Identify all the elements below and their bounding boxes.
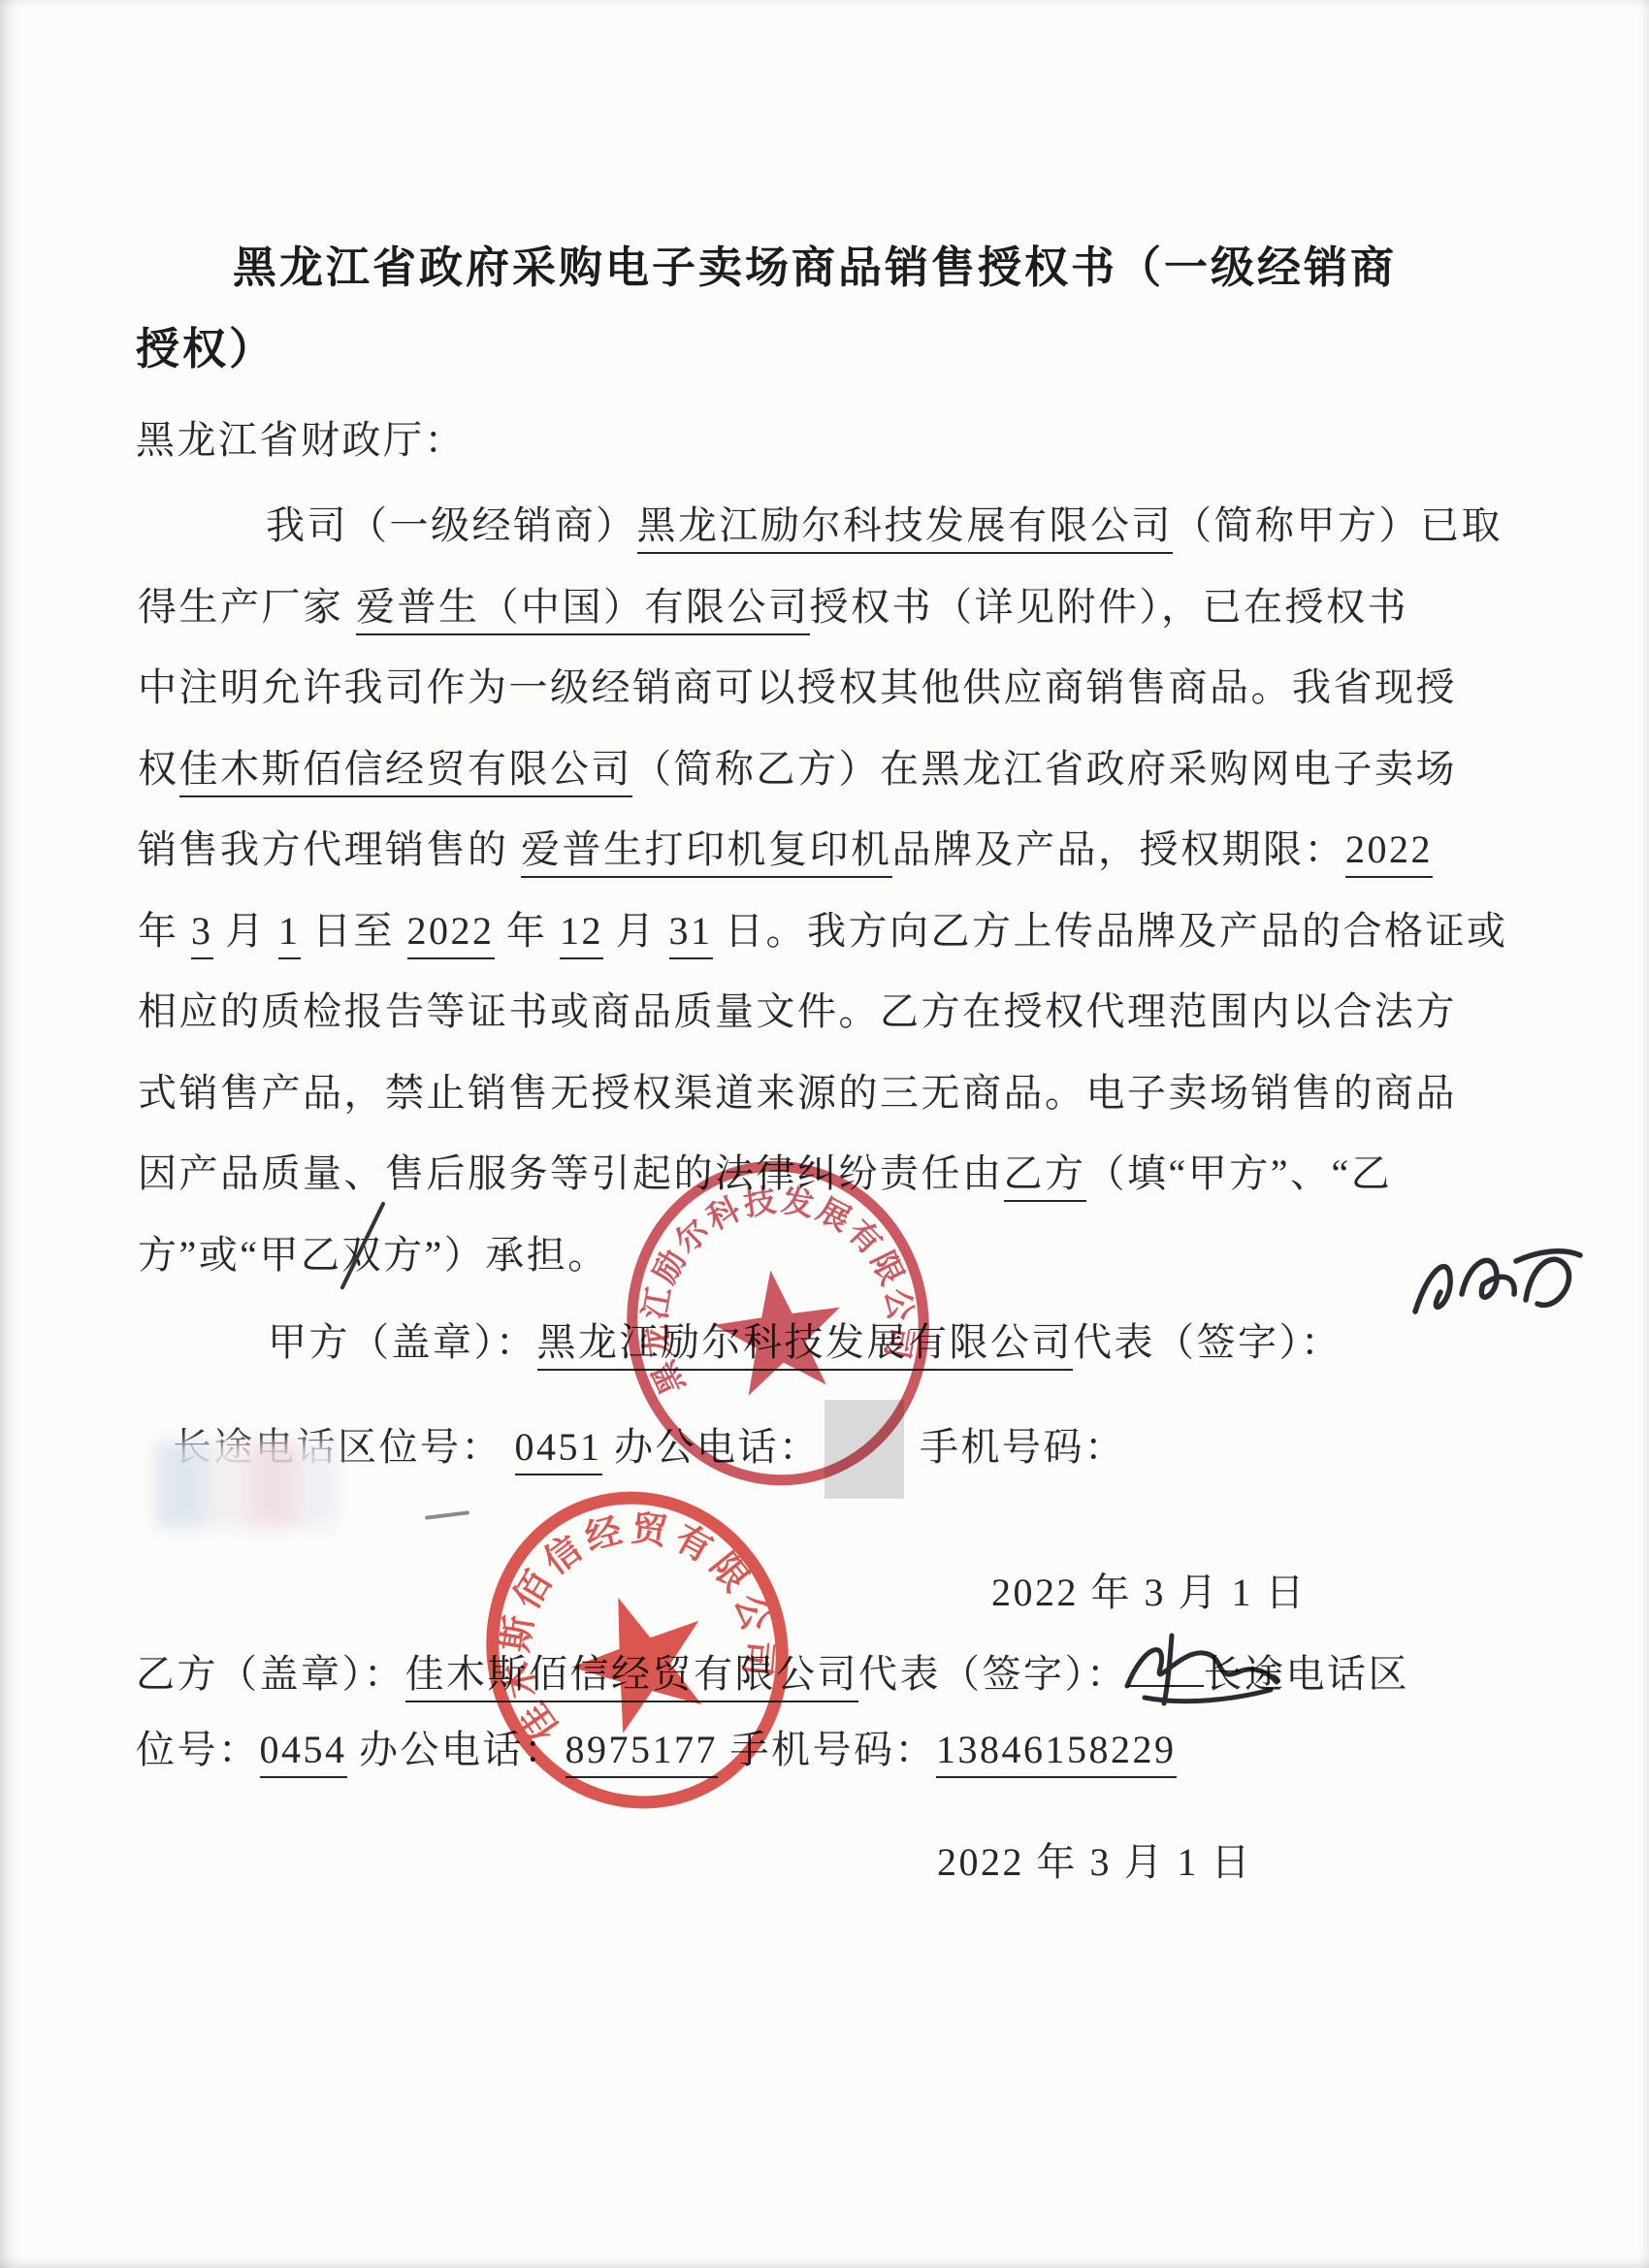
company-seal-party-a: 黑龙江励尔科技发展有限公司 xyxy=(609,1149,947,1496)
document-title-line2: 授权） xyxy=(136,326,275,373)
text-segment: 相应的质检报告等证书或商品质量文件。乙方在授权代理范围内以合法方 xyxy=(138,989,1457,1033)
underlined-text: 黑龙江励尔科技发展有限公司 xyxy=(637,503,1174,554)
text-segment: 月 xyxy=(213,909,279,953)
text-segment: 我司（一级经销商） xyxy=(266,503,637,547)
body-line: 方”或“甲乙双方”）承担。 xyxy=(138,1232,609,1279)
text-segment: （简称乙方）在黑龙江省政府采购网电子卖场 xyxy=(632,747,1457,791)
text-segment: 乙方（盖章）： xyxy=(136,1652,405,1696)
text-segment: 代表（签字）： xyxy=(858,1652,1128,1696)
underlined-text: 0451 xyxy=(515,1425,602,1475)
text-segment: 中注明允许我司作为一级经销商可以授权其他供应商销售商品。我省现授 xyxy=(138,665,1457,709)
text-segment: 权 xyxy=(138,747,179,791)
salutation: 黑龙江省财政厅： xyxy=(136,417,466,464)
underlined-text: 佳木斯佰信经贸有限公司 xyxy=(179,747,633,797)
text-segment: 月 xyxy=(603,909,669,953)
text-segment: 得生产厂家 xyxy=(138,585,356,629)
text-segment: 位号： xyxy=(136,1728,260,1771)
text-segment: 方”或“甲乙 xyxy=(138,1233,342,1277)
star-icon xyxy=(555,1574,727,1742)
underlined-text: 乙方 xyxy=(1004,1151,1086,1202)
signature-party-a xyxy=(1402,1234,1591,1339)
underlined-text: 12 xyxy=(560,909,603,959)
text-segment: 甲方（盖章）： xyxy=(268,1320,537,1364)
text-segment: 销售我方代理销售的 xyxy=(138,827,521,871)
underlined-text: 31 xyxy=(669,909,713,959)
text-segment: 品牌及产品，授权期限： xyxy=(892,827,1346,871)
text-segment: 年 xyxy=(138,909,191,953)
text-segment: 年 xyxy=(495,909,561,953)
scanned-document-page: 黑龙江省政府采购电子卖场商品销售授权书（一级经销商 授权） 黑龙江省财政厅： 我… xyxy=(0,0,1649,2268)
text-segment: 日。我方向乙方上传品牌及产品的合格证或 xyxy=(713,909,1508,953)
text-segment: （填“甲方”、“乙 xyxy=(1086,1151,1393,1195)
body-line: 中注明允许我司作为一级经销商可以授权其他供应商销售商品。我省现授 xyxy=(138,664,1457,711)
text-segment: 日至 xyxy=(301,909,407,953)
text-segment: （简称甲方）已取 xyxy=(1173,503,1503,547)
party-b-date: 2022 年 3 月 1 日 xyxy=(937,1839,1252,1886)
body-line: 销售我方代理销售的 爱普生打印机复印机品牌及产品，授权期限：2022 xyxy=(138,826,1433,873)
blurred-redaction xyxy=(155,1442,338,1529)
star-icon xyxy=(707,1261,850,1399)
body-line: 权佳木斯佰信经贸有限公司（简称乙方）在黑龙江省政府采购网电子卖场 xyxy=(138,746,1457,793)
text-segment: 方”）承担。 xyxy=(383,1233,609,1277)
party-a-date: 2022 年 3 月 1 日 xyxy=(991,1570,1307,1616)
body-line: 式销售产品，禁止销售无授权渠道来源的三无商品。电子卖场销售的商品 xyxy=(138,1070,1457,1117)
underlined-text: 爱普生打印机复印机 xyxy=(521,827,892,878)
underlined-text: 1 xyxy=(278,909,301,959)
underlined-text: 0454 xyxy=(260,1728,347,1778)
underlined-text: 爱普生（中国）有限公司 xyxy=(356,585,810,635)
text-segment: 式销售产品，禁止销售无授权渠道来源的三无商品。电子卖场销售的商品 xyxy=(138,1071,1457,1115)
underlined-text: 13846158229 xyxy=(936,1728,1177,1778)
signature-party-b xyxy=(1115,1626,1295,1718)
text-segment: 授权书（详见附件），已在授权书 xyxy=(810,585,1409,629)
body-line: 年 3 月 1 日至 2022 年 12 月 31 日。我方向乙方上传品牌及产品… xyxy=(138,908,1508,955)
body-line: 我司（一级经销商）黑龙江励尔科技发展有限公司（简称甲方）已取 xyxy=(266,502,1503,549)
underlined-text: 2022 xyxy=(1345,827,1433,878)
body-line: 相应的质检报告等证书或商品质量文件。乙方在授权代理范围内以合法方 xyxy=(138,988,1457,1035)
body-line: 得生产厂家 爱普生（中国）有限公司授权书（详见附件），已在授权书 xyxy=(138,584,1408,631)
handwritten-dash xyxy=(425,1510,469,1520)
slashed-text: 双 xyxy=(342,1232,384,1279)
underlined-text: 2022 xyxy=(407,909,495,959)
text-segment: 代表（签字）： xyxy=(1073,1320,1342,1364)
underlined-text: 3 xyxy=(191,909,213,959)
company-seal-party-b: 佳木斯佰信经贸有限公司 xyxy=(475,1478,799,1822)
document-title-line1: 黑龙江省政府采购电子卖场商品销售授权书（一级经销商 xyxy=(233,244,1397,291)
